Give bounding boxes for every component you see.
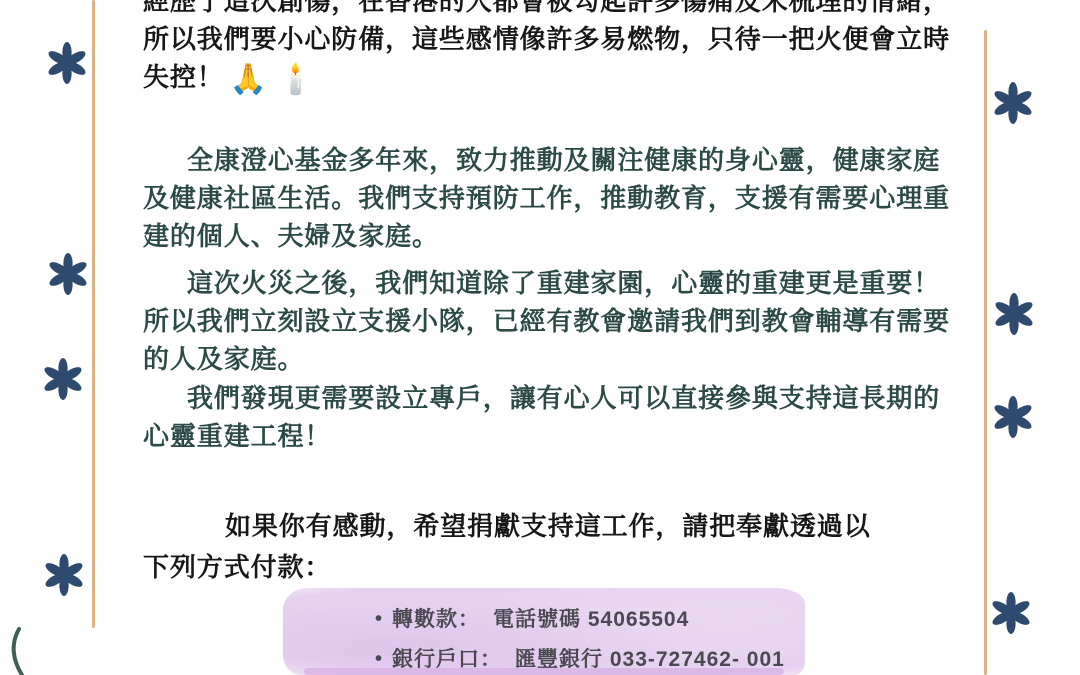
paragraph-fire-response: 這次火災之後，我們知道除了重建家園，心靈的重建更是重要！所以我們立刻設立支援小隊…: [143, 264, 955, 378]
asterisk-icon: [992, 82, 1034, 124]
asterisk-icon: [47, 253, 89, 295]
payment-item-fps: • 轉數款： 電話號碼 54065504: [375, 600, 805, 640]
asterisk-icon: [992, 396, 1034, 438]
paragraph-intro: 經歷了這次創傷，在香港的人都會被勾起許多傷痛及未梳理的情緒，所以我們要小心防備，…: [143, 0, 973, 99]
asterisk-icon: [990, 592, 1032, 634]
bullet-icon: •: [375, 600, 383, 639]
asterisk-icon: [43, 554, 85, 596]
payment-label-bank: 銀行戶口：: [392, 640, 502, 675]
payment-item-bank: • 銀行戶口： 匯豐銀行 033-727462- 001: [375, 640, 805, 675]
left-border-line: [92, 0, 95, 628]
paragraph-foundation: 全康澄心基金多年來，致力推動及關注健康的身心靈，健康家庭及健康社區生活。我們支持…: [143, 141, 955, 255]
curve-decoration: [2, 623, 32, 675]
paragraph-donation-call: 如果你有感動，希望捐獻支持這工作，請把奉獻透過以下列方式付款：: [143, 506, 891, 588]
payment-value-fps: 電話號碼 54065504: [493, 600, 689, 639]
payment-list: • 轉數款： 電話號碼 54065504 • 銀行戶口： 匯豐銀行 033-72…: [283, 588, 805, 675]
payment-label-fps: 轉數款：: [392, 600, 480, 639]
flyer-page: 經歷了這次創傷，在香港的人都會被勾起許多傷痛及未梳理的情緒，所以我們要小心防備，…: [0, 0, 1080, 675]
asterisk-icon: [993, 293, 1035, 335]
bullet-icon: •: [375, 640, 383, 675]
asterisk-icon: [46, 42, 88, 84]
payment-box: • 轉數款： 電話號碼 54065504 • 銀行戶口： 匯豐銀行 033-72…: [283, 588, 805, 675]
payment-value-bank: 匯豐銀行 033-727462- 001: [515, 640, 785, 675]
candle-emoji: 🕯️: [277, 63, 318, 96]
right-border-line: [984, 30, 987, 675]
paragraph-dedicated-account: 我們發現更需要設立專戶，讓有心人可以直接參與支持這長期的心靈重建工程！: [143, 379, 955, 455]
asterisk-icon: [42, 358, 84, 400]
pray-emoji: 🙏: [230, 63, 271, 96]
